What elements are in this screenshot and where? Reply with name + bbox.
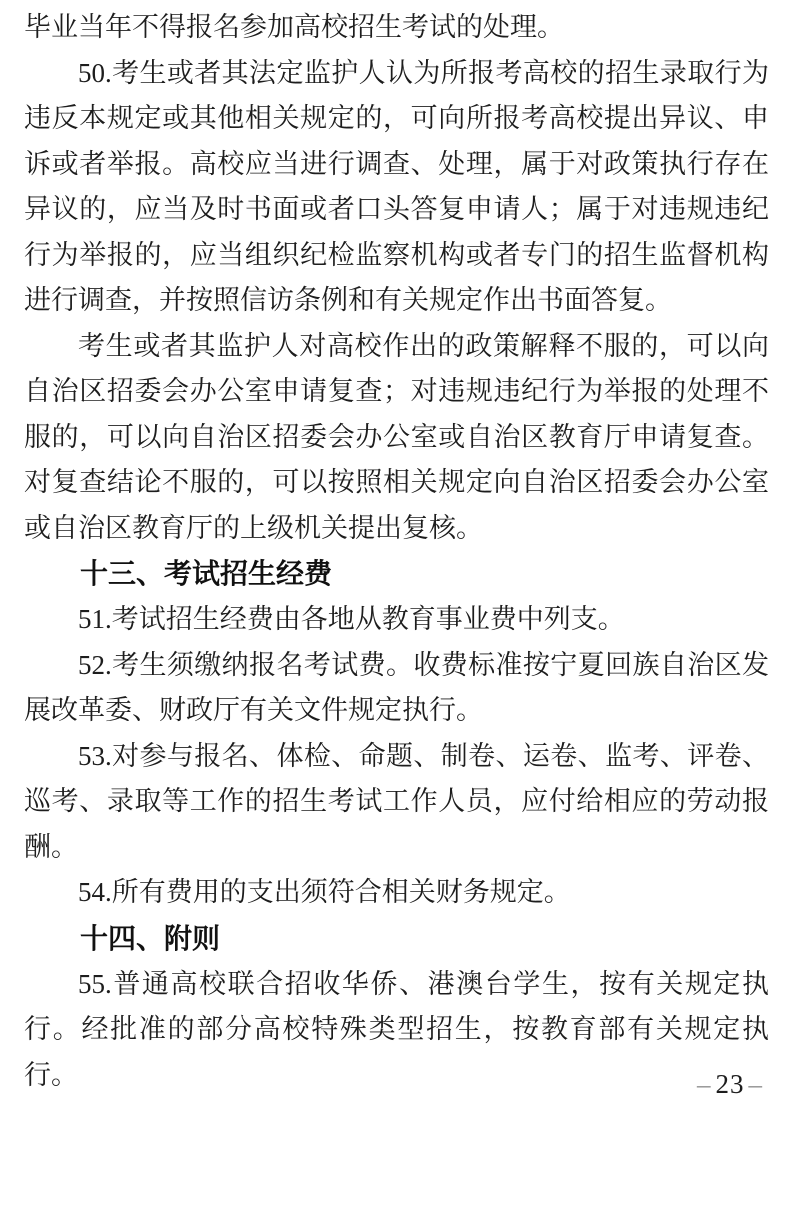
section-heading-13-funding: 十三、考试招生经费: [24, 551, 769, 597]
section-heading-14-supplementary: 十四、附则: [24, 916, 769, 962]
page-number-dash-right: –: [745, 1069, 768, 1099]
page-number-value: 23: [716, 1069, 745, 1099]
paragraph-item-55: 55.普通高校联合招收华侨、港澳台学生，按有关规定执行。经批准的部分高校特殊类型…: [24, 962, 769, 1099]
document-body: 毕业当年不得报名参加高校招生考试的处理。 50.考生或者其法定监护人认为所报考高…: [0, 0, 795, 1098]
paragraph-item-51: 51.考试招生经费由各地从教育事业费中列支。: [24, 597, 769, 643]
paragraph-item-50: 50.考生或者其法定监护人认为所报考高校的招生录取行为违反本规定或其他相关规定的…: [24, 51, 769, 324]
paragraph-continuation: 毕业当年不得报名参加高校招生考试的处理。: [24, 5, 769, 51]
paragraph-item-54: 54.所有费用的支出须符合相关财务规定。: [24, 870, 769, 916]
paragraph-item-53: 53.对参与报名、体检、命题、制卷、运卷、监考、评卷、巡考、录取等工作的招生考试…: [24, 734, 769, 871]
page-number: –23–: [693, 1068, 767, 1100]
document-page: 毕业当年不得报名参加高校招生考试的处理。 50.考生或者其法定监护人认为所报考高…: [0, 0, 795, 1216]
paragraph-item-52: 52.考生须缴纳报名考试费。收费标准按宁夏回族自治区发展改革委、财政厅有关文件规…: [24, 643, 769, 734]
page-number-dash-left: –: [693, 1069, 716, 1099]
paragraph-appeal-review: 考生或者其监护人对高校作出的政策解释不服的，可以向自治区招委会办公室申请复查；对…: [24, 324, 769, 552]
